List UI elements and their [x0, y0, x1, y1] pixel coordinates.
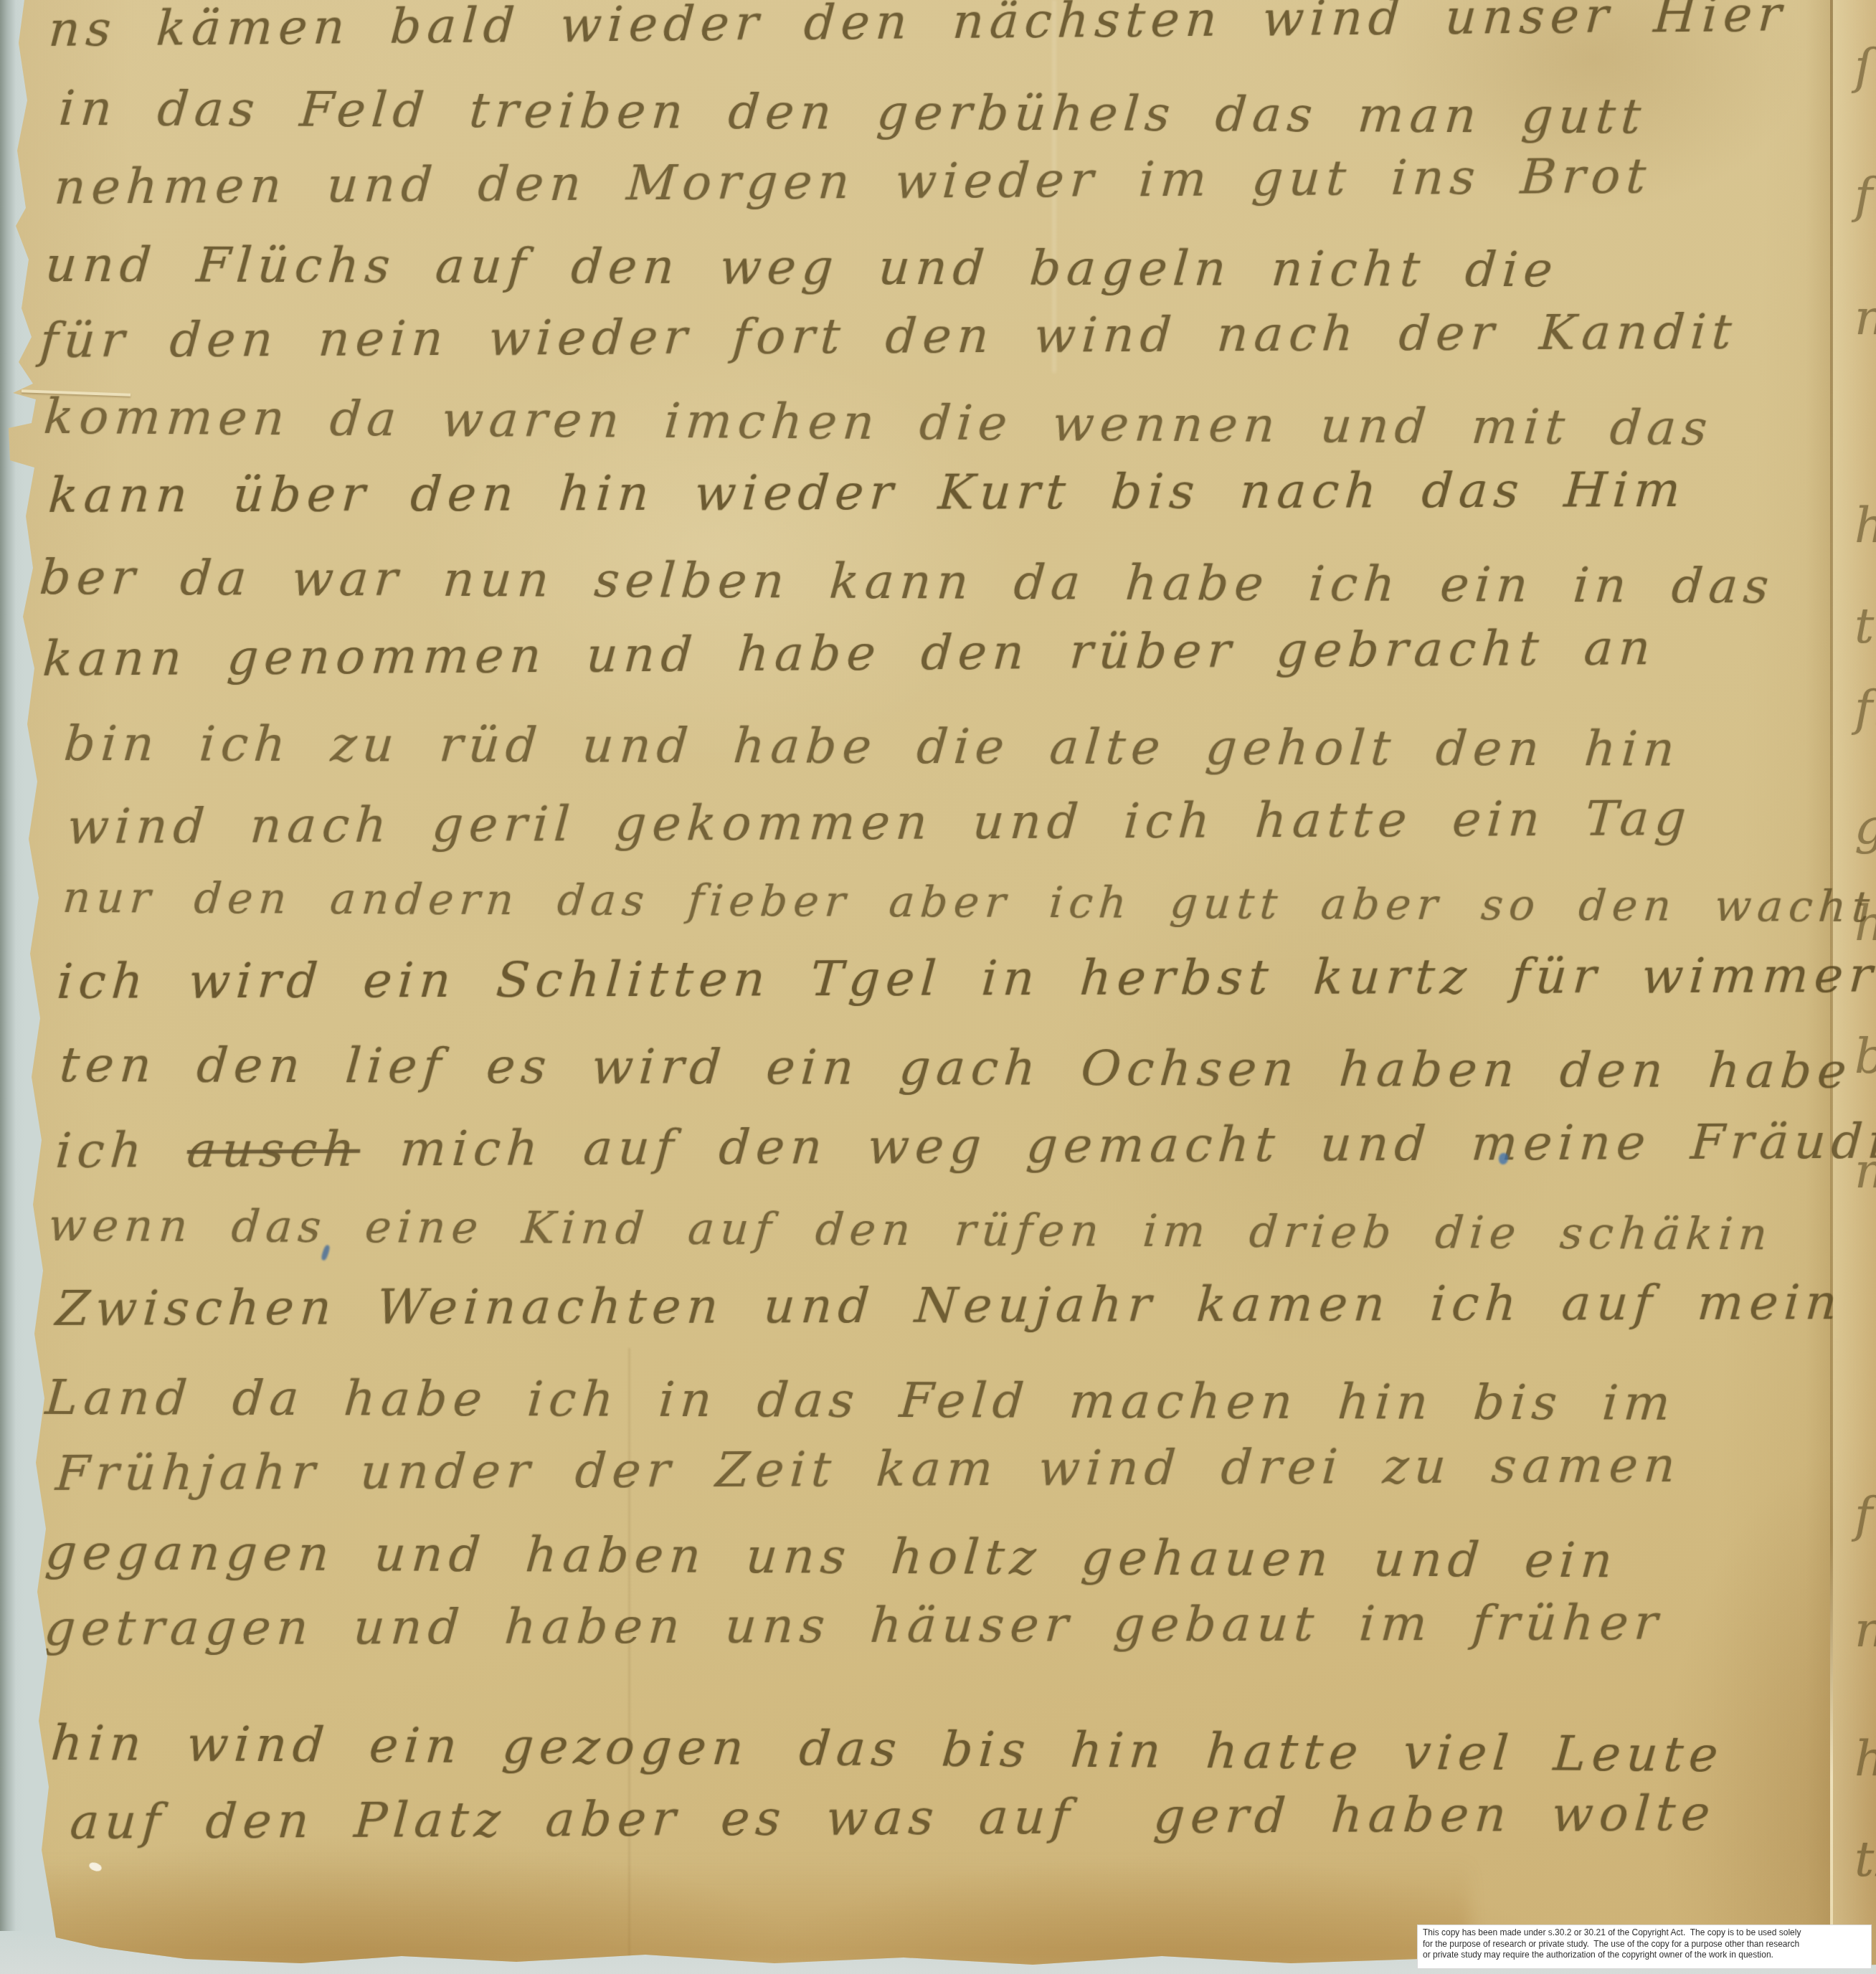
- scanned-letter-page: ns kämen bald wieder den nächsten wind u…: [0, 0, 1876, 1974]
- handwriting-line: nehmen und den Morgen wieder im gut ins …: [53, 152, 1653, 212]
- handwriting-segment: ber da war nun selben kann da habe ich e…: [38, 549, 1777, 615]
- adjacent-page-stroke-fragment: n: [1854, 1606, 1876, 1655]
- adjacent-page-stroke-fragment: b: [1854, 1033, 1876, 1081]
- handwriting-segment: hin wind ein gezogen: [49, 1715, 751, 1777]
- handwriting-segment: kommen da waren imchen die wennen und mi…: [42, 389, 1715, 457]
- handwriting-segment: in das Feld treiben den gerbühels das ma…: [57, 80, 1649, 146]
- adjacent-page-stroke-fragment: tz: [1854, 1836, 1876, 1884]
- handwriting-line: wenn das eine Kind auf den rüfen im drie…: [47, 1203, 1774, 1257]
- handwriting-line: getragen und haben uns häuser gebaut im …: [42, 1599, 1664, 1653]
- adjacent-page-stroke-fragment: fi: [1854, 172, 1876, 221]
- handwriting-line: ns kämen bald wieder den nächsten wind u…: [47, 0, 1789, 54]
- handwriting-line: kann genommen und habe den rüber gebrach…: [42, 624, 1658, 684]
- handwriting-segment: auf den Platz aber es was auf: [68, 1789, 1076, 1851]
- handwriting-line: ich wird ein Schlitten Tgel in herbst ku…: [55, 952, 1876, 1007]
- adjacent-page-stroke-fragment: g: [1854, 803, 1876, 852]
- handwriting-line: kommen da waren imchen die wennen und mi…: [42, 393, 1715, 453]
- handwriting-segment: kann über den hin wieder Kurt bis nach d…: [47, 462, 1687, 524]
- handwriting-segment: gerd haben wolte: [1152, 1785, 1718, 1845]
- copyright-notice-line: or private study may require the authori…: [1423, 1950, 1871, 1961]
- handwriting-segment: ns kämen bald wieder den nächsten wind u…: [47, 0, 1789, 58]
- handwriting-segment: wind nach geril gekommen und ich hatte e…: [65, 790, 1693, 855]
- adjacent-page-stroke-fragment: m: [1854, 1147, 1876, 1196]
- handwriting-line: für den nein wieder fort den wind nach d…: [39, 308, 1739, 366]
- handwriting-line: gegangen und haben uns holtz gehauen und…: [44, 1529, 1620, 1585]
- adjacent-page-stroke-fragment: fr: [1854, 1491, 1876, 1540]
- handwriting-line: Zwischen Weinachten und Neujahr kamen ic…: [54, 1278, 1844, 1334]
- handwriting-line: ber da war nun selben kann da habe ich e…: [38, 554, 1776, 612]
- handwriting-segment: für den nein wieder fort den wind nach d…: [38, 304, 1739, 369]
- handwriting-segment: ich: [54, 1122, 189, 1180]
- handwriting-segment: Zwischen Weinachten und Neujahr kamen ic…: [54, 1274, 1844, 1337]
- handwriting-line: ich ausch mich auf den weg gemacht und m…: [55, 1117, 1876, 1176]
- adjacent-page-stroke-fragment: he: [1854, 900, 1876, 949]
- letter-paper: ns kämen bald wieder den nächsten wind u…: [0, 0, 1876, 1974]
- handwriting-line: hin wind ein gezogendas bis hin hatte vi…: [49, 1719, 1725, 1780]
- handwriting-line: Frühjahr under der Zeit kam wind drei zu…: [55, 1441, 1682, 1499]
- handwriting-line: bin ich zu rüd und habe die alte geholt …: [62, 720, 1682, 774]
- handwriting-segment: nur den andern das fieber aber ich gutt …: [61, 873, 1876, 932]
- adjacent-page-stroke-fragment: n: [1854, 294, 1876, 343]
- handwriting-segment: ten den lief es wird ein gach Ochsen hab…: [58, 1037, 1854, 1100]
- handwriting-segment: und Flüchs auf den weg und bageln nicht …: [44, 237, 1560, 298]
- handwriting-line: nur den andern das fieber aber ich gutt …: [61, 876, 1876, 929]
- handwriting-segment: Land da habe ich in das Feld machen hin …: [44, 1370, 1678, 1432]
- copyright-notice-line: for the purpose of research or private s…: [1423, 1939, 1871, 1950]
- handwriting-line: und Flüchs auf den weg und bageln nicht …: [44, 241, 1560, 295]
- handwriting-segment: gegangen und haben uns holtz gehauen und…: [44, 1524, 1620, 1589]
- handwriting-line: Land da habe ich in das Feld machen hin …: [44, 1374, 1677, 1428]
- handwriting-line: ten den lief es wird ein gach Ochsen hab…: [58, 1041, 1854, 1096]
- handwriting-segment: getragen und haben uns häuser gebaut im …: [42, 1595, 1665, 1657]
- struck-word: ausch: [186, 1121, 362, 1179]
- adjacent-page-stroke-fragment: ſt: [1854, 43, 1876, 92]
- scanner-bed-left-strip: [0, 0, 24, 1974]
- adjacent-page-stroke-fragment: hr: [1854, 502, 1876, 551]
- handwriting-segment: ich wird ein Schlitten Tgel in herbst ku…: [55, 947, 1876, 1010]
- handwriting-segment: Frühjahr under der Zeit kam wind drei zu…: [54, 1437, 1682, 1502]
- adjacent-page-stroke-fragment: fl: [1854, 685, 1876, 734]
- handwriting-segment: kann genommen und habe den rüber gebrach…: [41, 620, 1657, 688]
- handwriting-line: auf den Platz aber es was aufgerd haben …: [69, 1790, 1718, 1847]
- handwriting-line: wind nach geril gekommen und ich hatte e…: [66, 794, 1693, 852]
- handwriting-segment: das bis hin hatte viel Leute: [797, 1720, 1726, 1783]
- copyright-notice-label: This copy has been made under s.30.2 or …: [1417, 1925, 1872, 1969]
- handwriting-segment: wenn das eine Kind auf den rüfen im drie…: [47, 1199, 1775, 1261]
- handwriting-segment: mich auf den weg gemacht und meine Fräud…: [359, 1113, 1876, 1177]
- handwriting-line: in das Feld treiben den gerbühels das ma…: [57, 85, 1649, 142]
- adjacent-page-stroke-fragment: h: [1854, 1735, 1876, 1784]
- copyright-notice-line: This copy has been made under s.30.2 or …: [1423, 1927, 1871, 1939]
- adjacent-page-stroke-fragment: t: [1854, 602, 1875, 651]
- handwriting-text: ns kämen bald wieder den nächsten wind u…: [0, 0, 1876, 1974]
- handwriting-segment: bin ich zu rüd und habe die alte geholt …: [62, 716, 1682, 778]
- handwriting-line: kann über den hin wieder Kurt bis nach d…: [47, 466, 1687, 521]
- handwriting-segment: nehmen und den Morgen wieder im gut ins …: [52, 148, 1653, 216]
